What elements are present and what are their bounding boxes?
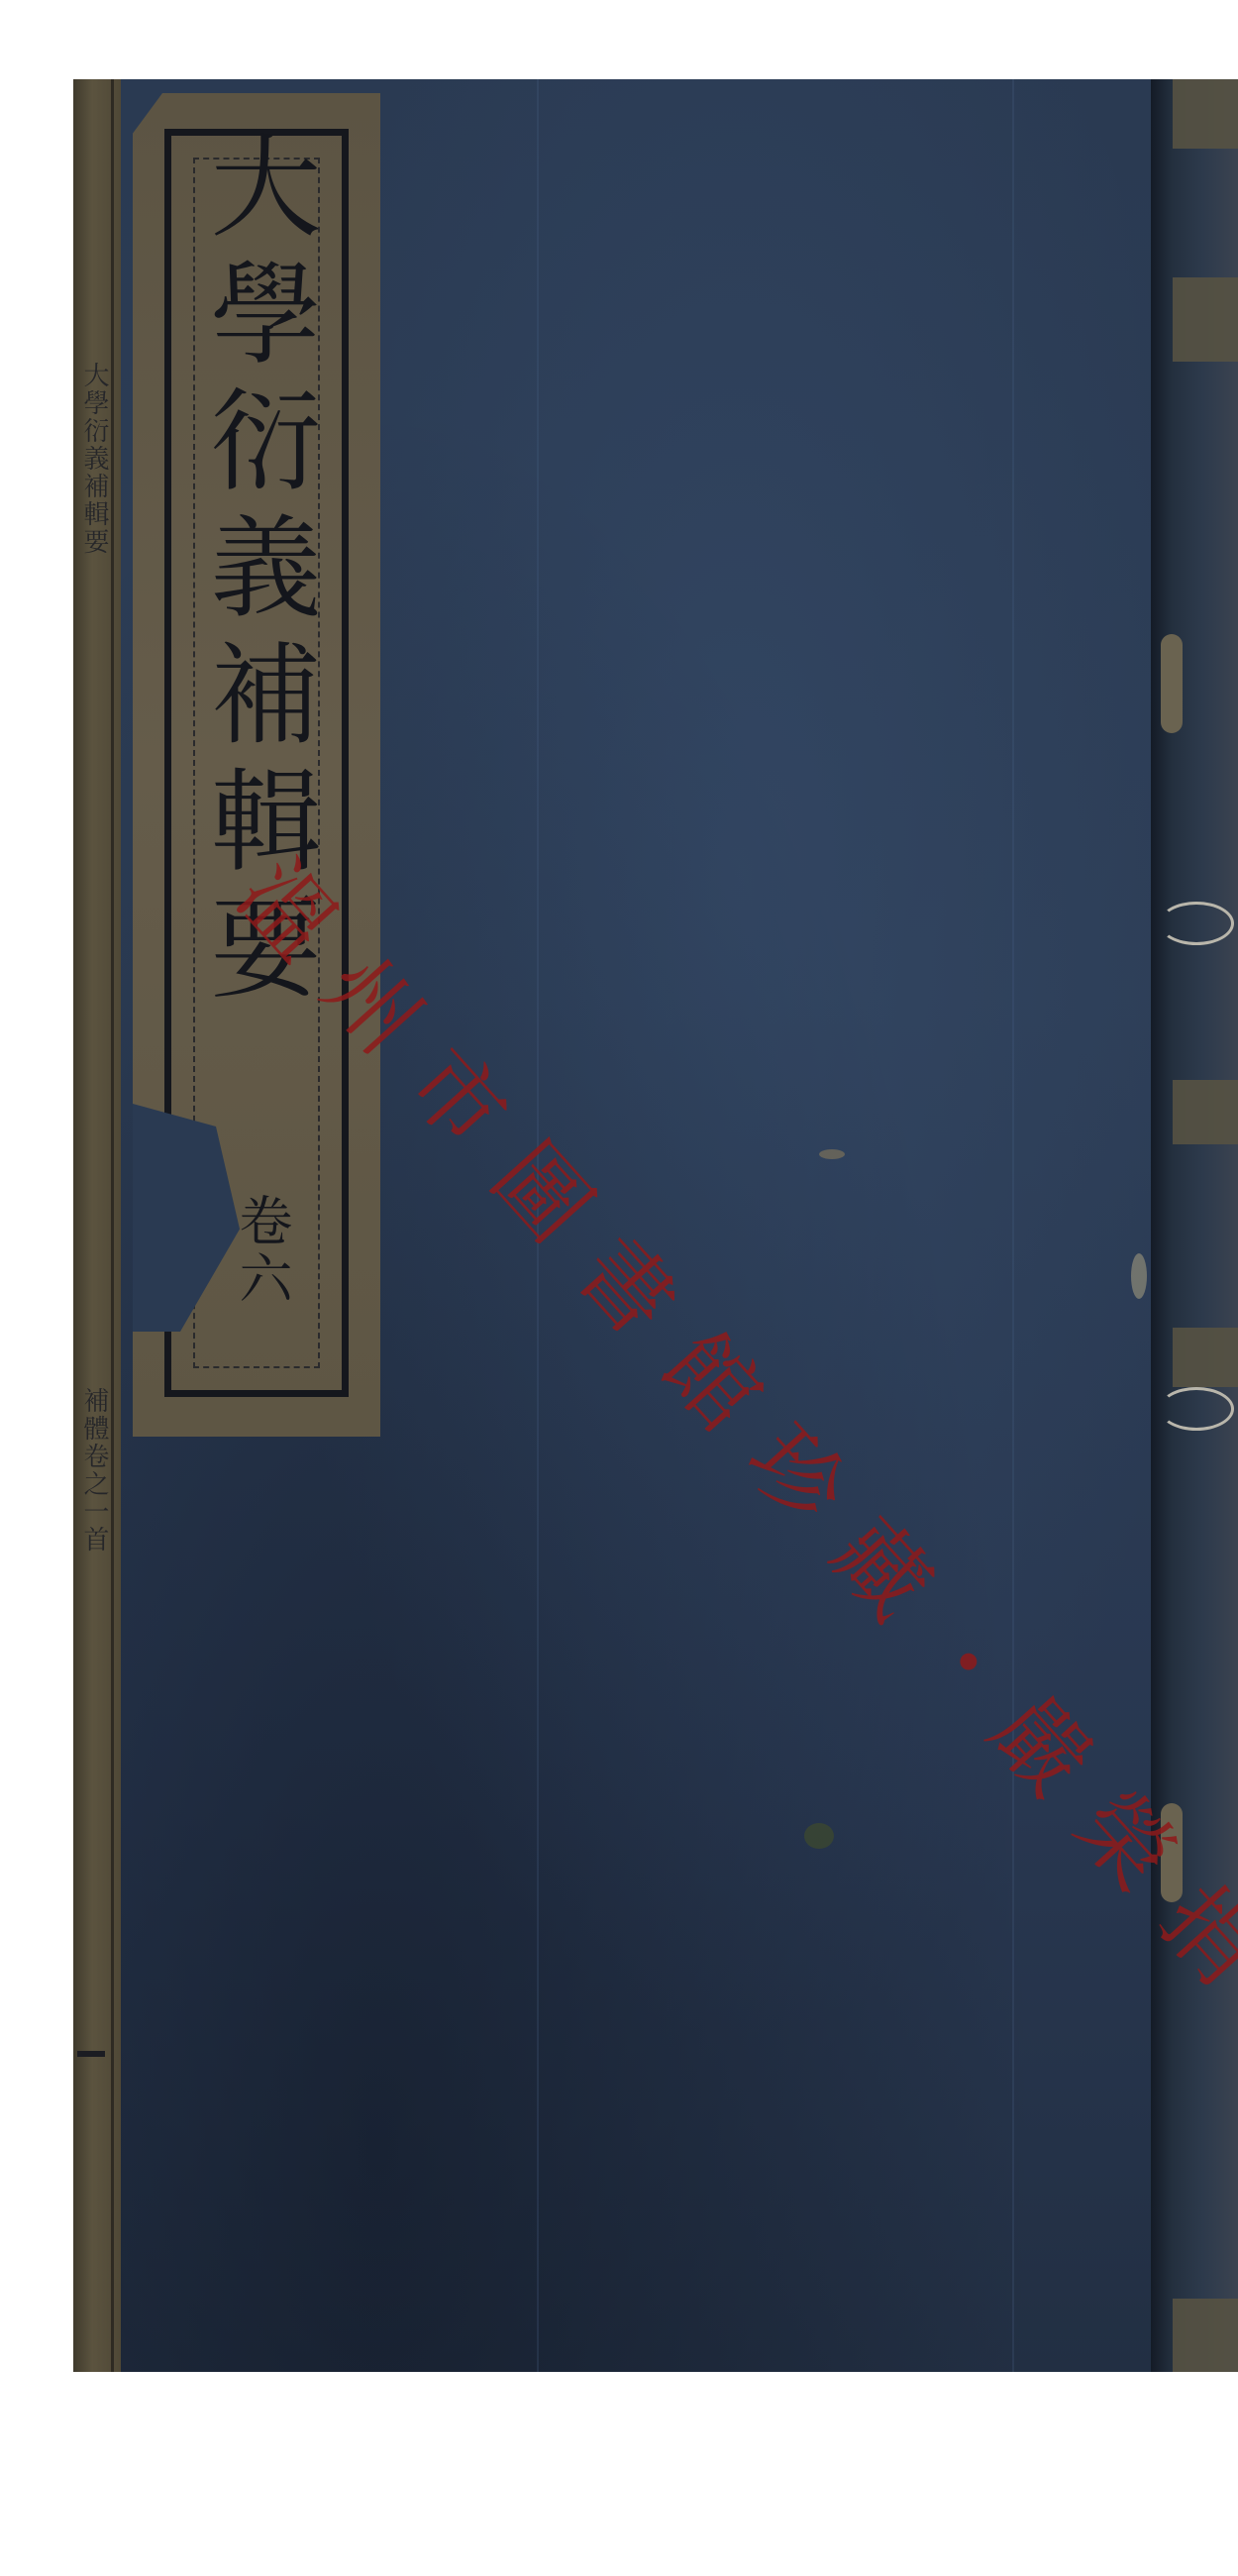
cover-speck (819, 1149, 845, 1159)
page-edge-strip: 大學衍義補輯要 補體卷之一首 (73, 79, 121, 2372)
title-label-slip: 大學衍義補輯要 卷六 (133, 93, 380, 1437)
binding-patch (1173, 277, 1238, 362)
page-edge-lower-text: 補體卷之一首 (79, 1387, 109, 1554)
binding-hole (1161, 634, 1183, 733)
page-edge-rule (111, 79, 114, 2372)
binding-patch (1173, 1328, 1238, 1387)
page-edge-upper-text: 大學衍義補輯要 (79, 362, 109, 556)
volume-number: 卷六 (232, 1193, 291, 1308)
book-photograph: 大學衍義補輯要 補體卷之一首 大學衍義補輯要 卷六 溫州市圖書館珍藏・嚴榮捐贈 (73, 79, 1238, 2372)
binding-thread-icon (1159, 1387, 1234, 1431)
binding-patch (1173, 1080, 1238, 1144)
binding-thread-icon (1159, 902, 1234, 945)
cover-crease (1012, 79, 1014, 2372)
page-edge-mark (77, 2051, 105, 2057)
cover-speck (1131, 1253, 1147, 1299)
cover-speck (804, 1823, 834, 1849)
binding-patch (1173, 79, 1238, 149)
binding-patch (1173, 2299, 1238, 2372)
